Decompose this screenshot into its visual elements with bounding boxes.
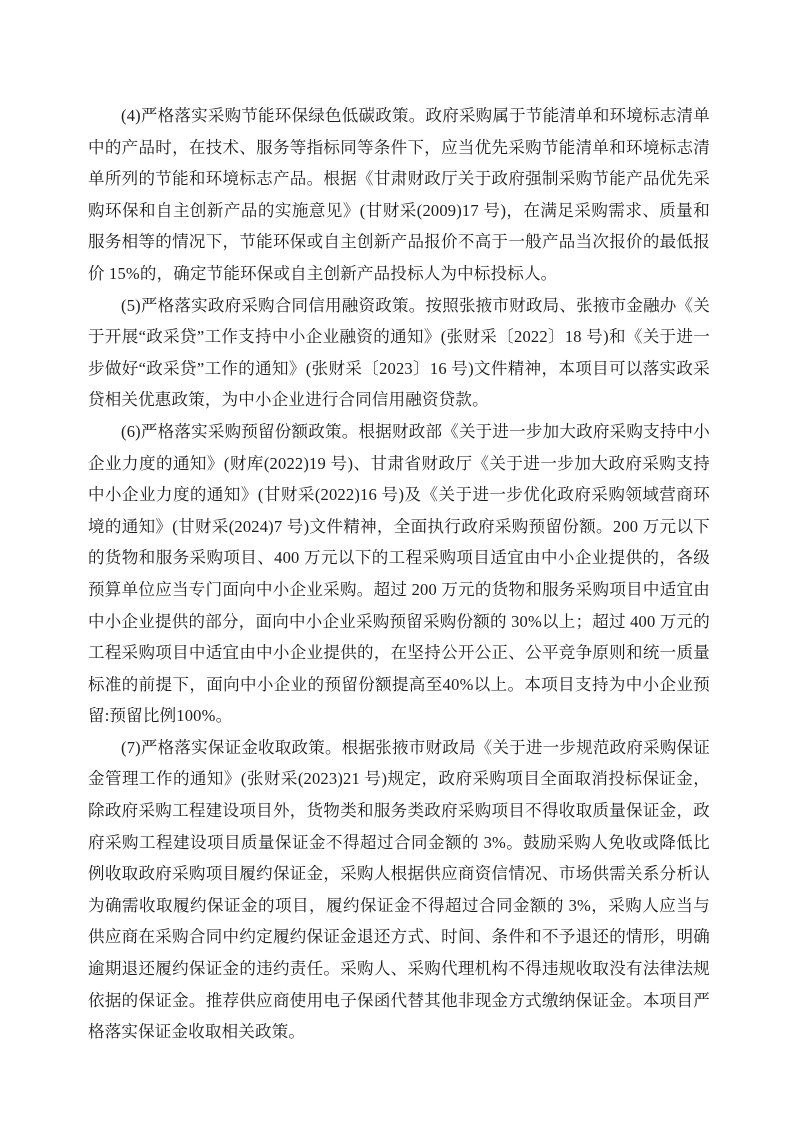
paragraph-contract-credit-financing-policy: (5)严格落实政府采购合同信用融资政策。按照张掖市财政局、张掖市金融办《关于开展… — [88, 290, 710, 416]
paragraph-deposit-collection-policy: (7)严格落实保证金收取政策。根据张掖市财政局《关于进一步规范政府采购保证金管理… — [88, 732, 710, 1048]
paragraph-reserved-share-policy: (6)严格落实采购预留份额政策。根据财政部《关于进一步加大政府采购支持中小企业力… — [88, 416, 710, 732]
page-body-text: (4)严格落实采购节能环保绿色低碳政策。政府采购属于节能清单和环境标志清单中的产… — [88, 100, 710, 1048]
paragraph-energy-saving-policy: (4)严格落实采购节能环保绿色低碳政策。政府采购属于节能清单和环境标志清单中的产… — [88, 100, 710, 290]
document-page: (4)严格落实采购节能环保绿色低碳政策。政府采购属于节能清单和环境标志清单中的产… — [0, 0, 793, 1122]
